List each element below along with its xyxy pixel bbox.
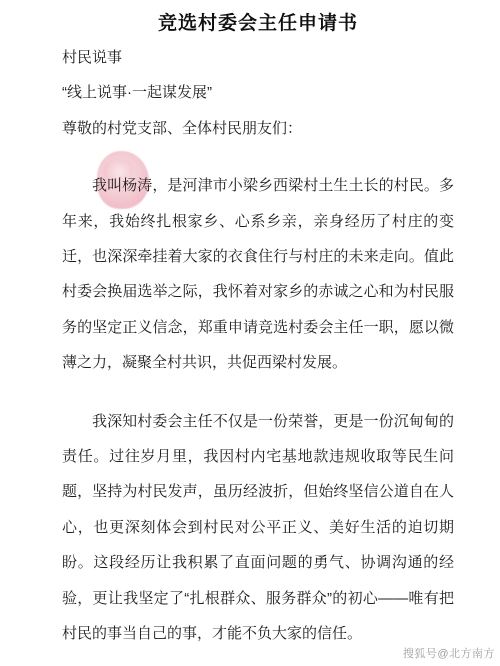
application-document: 竞选村委会主任申请书 村民说事 “线上说事·一起谋发展” 尊敬的村党支部、全体村… [0,0,500,666]
paragraph-introduction: 我叫杨涛，是河津市小梁乡西梁村土生土长的村民。多年来，我始终扎根家乡、心系乡亲，… [62,168,454,380]
paragraph-responsibility: 我深知村委会主任不仅是一份荣誉，更是一份沉甸甸的责任。过往岁月里，我因村内宅基地… [62,404,454,652]
sohu-watermark: 搜狐号@北方南方 [403,648,495,661]
salutation-line: 尊敬的村党支部、全体村民朋友们： [62,111,454,146]
document-title: 竞选村委会主任申请书 [62,14,454,34]
header-line-source: 村民说事 [62,40,454,75]
header-line-slogan: “线上说事·一起谋发展” [62,75,454,110]
